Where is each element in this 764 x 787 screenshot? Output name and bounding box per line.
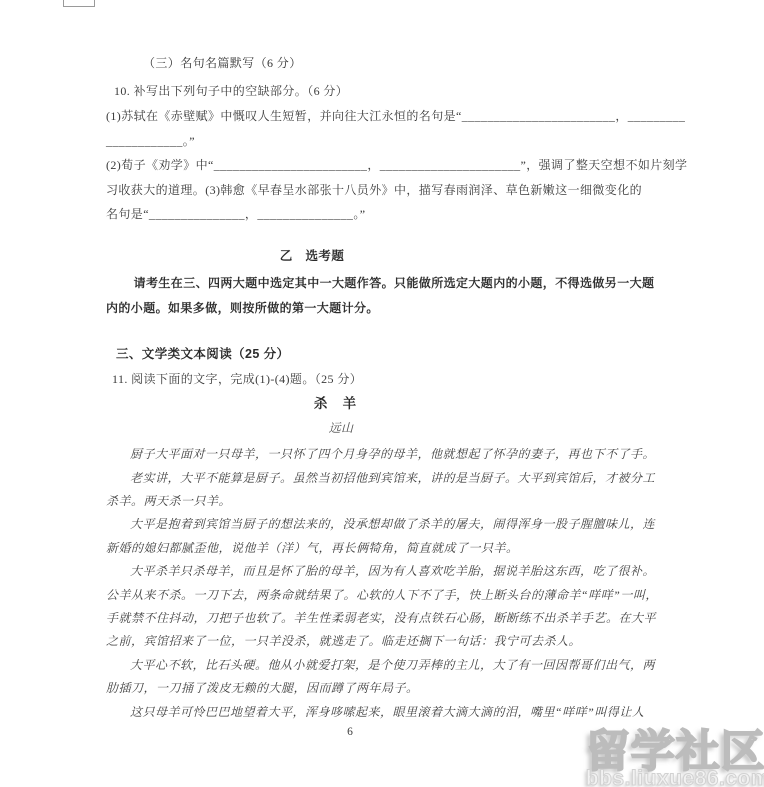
candidate-instruction-line-2: 内的小题。如果多做，则按所做的第一大题计分。 [106,296,662,321]
story-text: 厨子大平面对一只母羊，一只怀了四个月身孕的母羊，他就想起了怀孕的妻子，再也下不了… [106,443,662,724]
story-line: 大平心不软，比石头硬。他从小就爱打架，是个使刀弄棒的主儿，大了有一回因帮哥们出气… [106,654,662,677]
story-line: 肋插刀，一刀捅了泼皮无赖的大腿，因而蹲了两年局子。 [106,677,662,700]
candidate-instruction-line-1: 请考生在三、四两大题中选定其中一大题作答。只能做所选定大题内的小题，不得选做另一… [106,271,662,296]
story-line: 这只母羊可怜巴巴地望着大平，浑身哆嗦起来，眼里滚着大滴大滴的泪，嘴里“咩咩”叫得… [106,701,662,724]
story-line: 老实讲，大平不能算是厨子。虽然当初招他到宾馆来，讲的是当厨子。大平到宾馆后，才被… [106,467,662,490]
story-line: 手就禁不住抖动，刀把子也软了。羊生性柔弱老实，没有点铁石心肠，断断练不出杀羊手艺… [106,607,662,630]
question-10-line-4: 习收获大的道理。(3)韩愈《早春呈水部张十八员外》中，描写春雨润泽、草色新嫩这一… [106,178,662,203]
question-10-line-5: 名句是“_______________，_______________。” [106,202,662,227]
question-10-line-1: (1)苏轼在《赤壁赋》中慨叹人生短暂，并向往大江永恒的名句是“_________… [106,104,662,129]
watermark-site-url: bbs.liuxue86.com [586,768,764,787]
question-10-line-2: ____________。” [106,129,662,154]
question-10-stem: 10. 补写出下列句子中的空缺部分。（6 分） [106,79,662,104]
story-author: 远山 [106,416,576,440]
story-line: 之前，宾馆招来了一位，一只羊没杀，就逃走了。临走还搁下一句话：我宁可去杀人。 [106,630,662,653]
page-number: 6 [340,726,360,738]
story-title: 杀 羊 [106,392,570,416]
section-3-heading: 三、文学类文本阅读（25 分） [106,342,662,367]
part-b-heading: 乙 选考题 [106,244,518,269]
story-line: 厨子大平面对一只母羊，一只怀了四个月身孕的母羊，他就想起了怀孕的妻子，再也下不了… [106,443,662,466]
corner-registration-mark [63,0,95,7]
section-c-heading: （三）名句名篇默写（6 分） [106,51,662,76]
story-line: 大平杀羊只杀母羊，而且是怀了胎的母羊，因为有人喜欢吃羊胎，据说羊胎这东西，吃了很… [106,560,662,583]
document-body: （三）名句名篇默写（6 分） 10. 补写出下列句子中的空缺部分。（6 分） (… [106,0,662,724]
story-line: 大平是抱着到宾馆当厨子的想法来的，没承想却做了杀羊的屠夫，闹得浑身一股子腥膻味儿… [106,513,662,536]
story-line: 新婚的媳妇都腻歪他，说他羊（洋）气，再长俩犄角，简直就成了一只羊。 [106,537,662,560]
story-line: 杀羊。两天杀一只羊。 [106,490,662,513]
question-10-line-3: (2)荀子《劝学》中“________________________，____… [106,153,662,178]
watermark: 留学社区 bbs.liuxue86.com [586,730,764,787]
story-line: 公羊从来不杀。一刀下去，两条命就结果了。心软的人下不了手，快上断头台的薄命羊“咩… [106,584,662,607]
question-11-stem: 11. 阅读下面的文字，完成(1)-(4)题。（25 分） [106,367,662,392]
exam-paper-page: （三）名句名篇默写（6 分） 10. 补写出下列句子中的空缺部分。（6 分） (… [0,0,764,787]
